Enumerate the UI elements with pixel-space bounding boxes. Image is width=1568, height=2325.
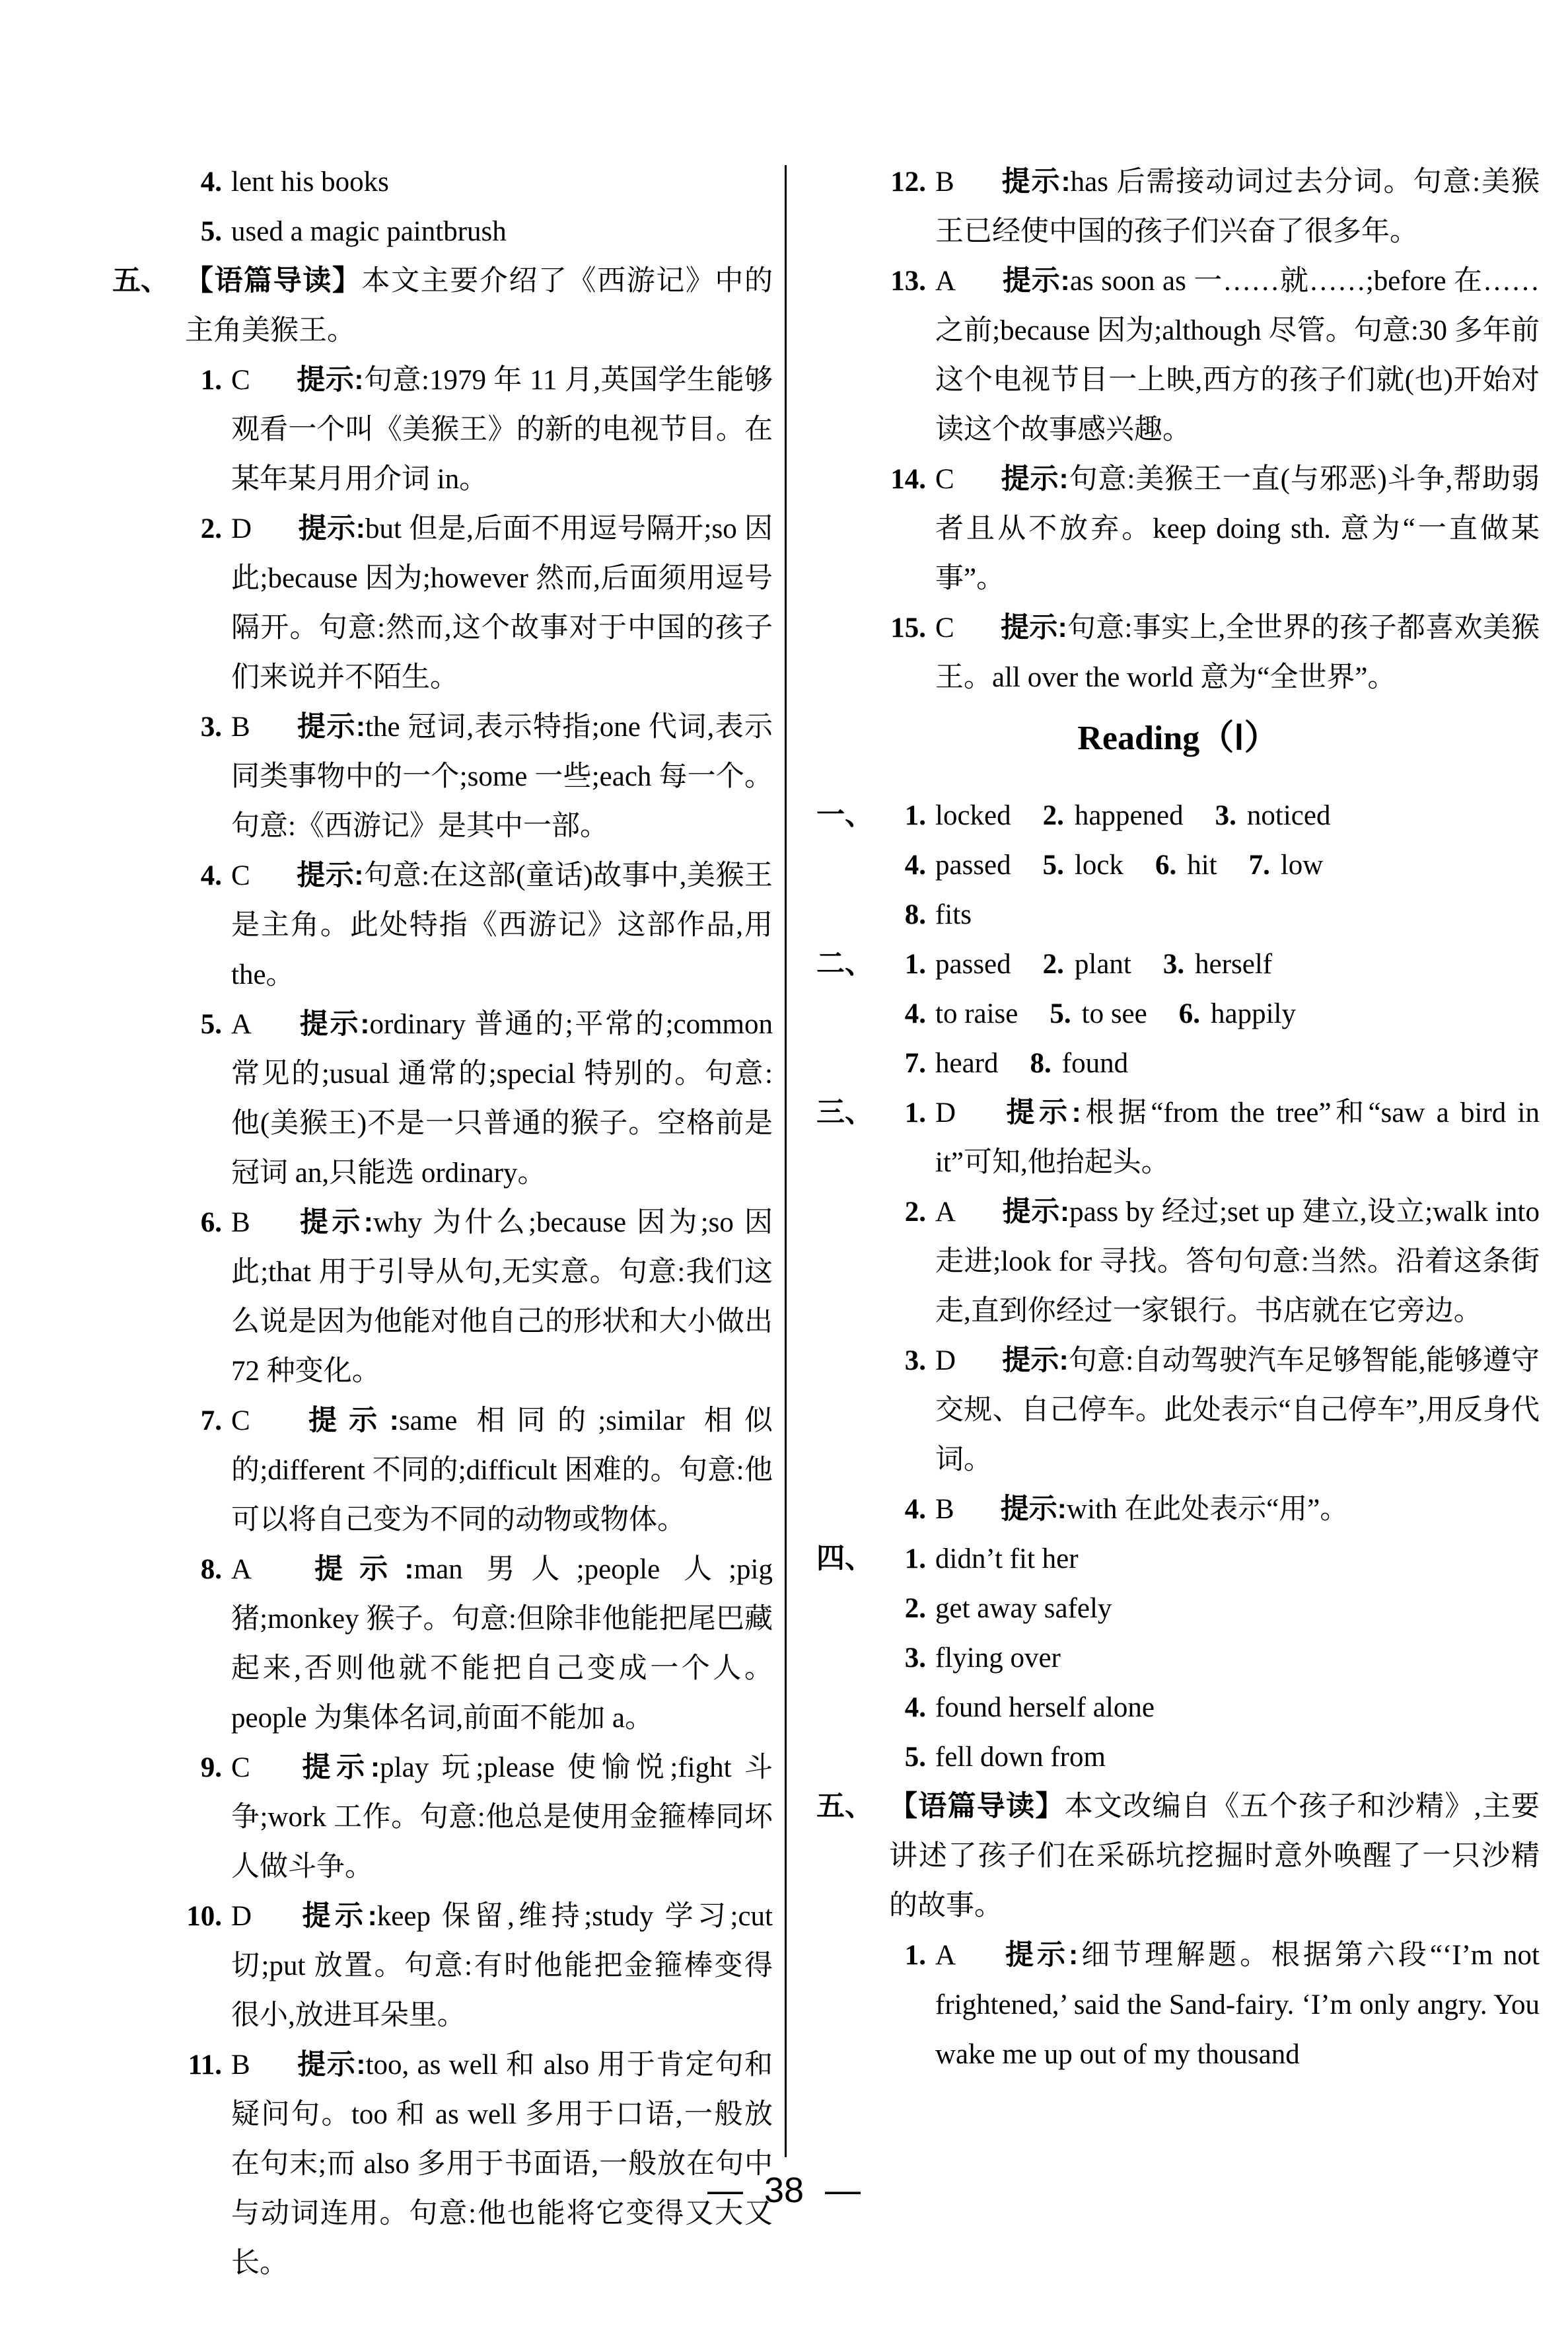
answer-letter: C (231, 365, 250, 396)
answer-text: locked (935, 800, 1011, 831)
item-number: 1. (882, 1088, 926, 1138)
item-number: 2. (882, 1187, 926, 1237)
answer-letter: B (935, 1494, 954, 1525)
answer-letter: D (935, 1345, 956, 1376)
hint-label: 提示: (1002, 1097, 1081, 1128)
hint-label: 提示: (298, 513, 365, 544)
answer-letter: C (935, 464, 954, 495)
inline-number: 3. (1215, 800, 1236, 831)
item-number: 5. (882, 1732, 926, 1782)
answer-text: passed (935, 949, 1011, 980)
answer-item: 8.A提示:man 男人;people 人;pig 猪;monkey 猴子。句意… (231, 1545, 773, 1743)
inline-number: 6. (1179, 998, 1200, 1029)
answer-item: 4.C提示:句意:在这部(童话)故事中,美猴王是主角。此处特指《西游记》这部作品… (231, 851, 773, 1000)
answer-item: 13.A提示:as soon as 一……就……;before 在……之前;be… (935, 256, 1540, 455)
hint-label: 提示: (298, 1900, 377, 1932)
hint-label: 提示: (297, 1405, 399, 1436)
item-number: 4. (882, 840, 926, 890)
answers-row: 8.fits (935, 890, 1540, 940)
answer-item: 3.flying over (935, 1633, 1540, 1683)
answer-text: low (1281, 850, 1324, 881)
inline-number: 6. (1155, 850, 1176, 881)
item-text: get away safely (935, 1593, 1112, 1624)
item-text: with 在此处表示“用”。 (1067, 1494, 1348, 1525)
item-number: 7. (178, 1396, 222, 1446)
item-number: 6. (178, 1198, 222, 1247)
item-number: 4. (882, 1485, 926, 1534)
hint-label: 提示: (1001, 612, 1067, 644)
answers-row: 二、1.passed2.plant3.herself (935, 940, 1540, 989)
answer-letter: A (231, 1554, 252, 1585)
inline-number: 8. (1030, 1048, 1051, 1079)
answer-text: herself (1195, 949, 1272, 980)
item-number: 13. (882, 256, 926, 306)
answer-text: heard (935, 1048, 999, 1079)
answer-item: 5.fell down from (935, 1732, 1540, 1782)
section-marker: 一、 (816, 791, 873, 840)
item-text: too, as well 和 also 用于肯定句和疑问句。too 和 as w… (231, 2049, 773, 2279)
inline-number: 7. (1249, 850, 1270, 881)
hint-label: 提示: (298, 1008, 369, 1040)
answer-item: 4.found herself alone (935, 1683, 1540, 1732)
answer-item: 1.C提示:句意:1979 年 11 月,英国学生能够观看一个叫《美猴王》的新的… (231, 355, 773, 504)
guide-label: 【语篇导读】 (889, 1790, 1065, 1822)
answer-item: 9.C提示:play 玩;please 使愉悦;fight 斗争;work 工作… (231, 1743, 773, 1892)
section-marker: 五、 (112, 256, 169, 306)
answer-letter: B (935, 166, 954, 198)
section-marker: 四、 (816, 1534, 873, 1584)
answer-text: happily (1211, 998, 1296, 1029)
answer-text: to see (1082, 998, 1147, 1029)
answer-text: hit (1187, 850, 1217, 881)
hint-label: 提示: (1002, 1939, 1078, 1971)
answer-item: 10.D提示:keep 保留,维持;study 学习;cut 切;put 放置。… (231, 1892, 773, 2040)
item-number: 1. (882, 1931, 926, 1980)
hint-label: 提示: (298, 1553, 414, 1585)
answer-text: lock (1075, 850, 1123, 881)
answer-item: 5.used a magic paintbrush (231, 207, 773, 256)
item-number: 1. (882, 1534, 926, 1584)
inline-number: 5. (1043, 850, 1064, 881)
item-number: 5. (178, 207, 222, 256)
item-number: 4. (178, 157, 222, 207)
answer-item: 1.A提示:细节理解题。根据第六段“‘I’m not frightened,’ … (935, 1931, 1540, 2079)
item-number: 8. (882, 890, 926, 940)
item-number: 14. (882, 455, 926, 504)
hint-label: 提示: (297, 860, 364, 891)
hint-label: 提示: (1002, 1196, 1069, 1228)
item-number: 2. (882, 1584, 926, 1633)
item-text: found herself alone (935, 1692, 1155, 1723)
item-number: 9. (178, 1743, 222, 1792)
item-number: 1. (178, 355, 222, 405)
hint-label: 提示: (297, 711, 365, 743)
hint-label: 提示: (1002, 265, 1070, 297)
page-number: 38 (764, 2170, 804, 2211)
item-text: used a magic paintbrush (231, 216, 507, 247)
item-number: 4. (882, 989, 926, 1039)
item-text: fell down from (935, 1742, 1106, 1773)
answer-letter: A (935, 1197, 956, 1228)
answer-text: fits (935, 899, 972, 930)
answer-text: found (1062, 1048, 1128, 1079)
item-number: 1. (882, 791, 926, 840)
answer-text: plant (1075, 949, 1131, 980)
answer-item: 2.A提示:pass by 经过;set up 建立,设立;walk into … (935, 1187, 1540, 1336)
hint-label: 提示: (1002, 1345, 1069, 1376)
answer-item: 12.B提示:has 后需接动词过去分词。句意:美猴王已经使中国的孩子们兴奋了很… (935, 157, 1540, 256)
inline-number: 2. (1043, 949, 1064, 980)
page-footer: — 38 — (0, 2170, 1568, 2211)
item-number: 3. (178, 702, 222, 752)
answer-key-page: 4.lent his books5.used a magic paintbrus… (0, 0, 1568, 2325)
inline-number: 3. (1163, 949, 1184, 980)
answer-item: 11.B提示:too, as well 和 also 用于肯定句和疑问句。too… (231, 2040, 773, 2288)
answer-letter: C (231, 860, 250, 891)
column-divider (785, 165, 787, 2157)
item-number: 10. (178, 1892, 222, 1941)
item-number: 12. (882, 157, 926, 207)
hint-label: 提示: (297, 364, 364, 396)
item-number: 5. (178, 1000, 222, 1049)
hint-label: 提示: (1001, 1493, 1067, 1525)
answer-letter: B (231, 1207, 250, 1238)
guide-item: 五、【语篇导读】本文主要介绍了《西游记》中的主角美猴王。 (185, 256, 773, 355)
item-number: 2. (178, 504, 222, 554)
answers-row: 4.passed5.lock6.hit7.low (935, 840, 1540, 890)
answer-letter: D (935, 1097, 956, 1128)
guide-item: 五、【语篇导读】本文改编自《五个孩子和沙精》,主要讲述了孩子们在采砾坑挖掘时意外… (889, 1782, 1540, 1931)
answer-item: 3.B提示:the 冠词,表示特指;one 代词,表示同类事物中的一个;some… (231, 702, 773, 851)
answer-letter: C (231, 1752, 250, 1783)
answer-letter: B (231, 2049, 250, 2081)
answer-item: 2.D提示:but 但是,后面不用逗号隔开;so 因此;because 因为;h… (231, 504, 773, 702)
left-column: 4.lent his books5.used a magic paintbrus… (112, 157, 773, 2288)
answer-letter: D (231, 1901, 252, 1932)
answer-item: 四、1.didn’t fit her (935, 1534, 1540, 1584)
answer-text: passed (935, 850, 1011, 881)
item-number: 1. (882, 940, 926, 989)
inline-number: 5. (1050, 998, 1071, 1029)
answers-row: 7.heard8.found (935, 1039, 1540, 1088)
hint-label: 提示: (297, 1752, 380, 1783)
item-number: 7. (882, 1039, 926, 1088)
section-marker: 三、 (816, 1088, 873, 1138)
hint-label: 提示: (297, 1206, 373, 1238)
answer-letter: A (935, 1940, 956, 1971)
right-column: 12.B提示:has 后需接动词过去分词。句意:美猴王已经使中国的孩子们兴奋了很… (816, 157, 1540, 2079)
section-marker: 二、 (816, 940, 873, 989)
answer-item: 4.lent his books (231, 157, 773, 207)
answers-row: 4.to raise5.to see6.happily (935, 989, 1540, 1039)
item-number: 3. (882, 1336, 926, 1385)
item-number: 4. (882, 1683, 926, 1732)
answer-text: to raise (935, 998, 1018, 1029)
answer-item: 15.C提示:句意:事实上,全世界的孩子都喜欢美猴王。all over the … (935, 603, 1540, 702)
item-text: didn’t fit her (935, 1543, 1079, 1574)
answer-letter: D (231, 513, 252, 544)
item-number: 3. (882, 1633, 926, 1683)
answer-item: 14.C提示:句意:美猴王一直(与邪恶)斗争,帮助弱者且从不放弃。keep do… (935, 455, 1540, 603)
answer-letter: C (935, 612, 954, 644)
item-number: 15. (882, 603, 926, 653)
section-heading: Reading（Ⅰ） (816, 712, 1540, 766)
answer-item: 2.get away safely (935, 1584, 1540, 1633)
answer-item: 4.B提示:with 在此处表示“用”。 (935, 1485, 1540, 1534)
item-text: flying over (935, 1642, 1061, 1674)
item-text: lent his books (231, 166, 389, 198)
answer-letter: C (231, 1405, 250, 1436)
hint-label: 提示: (1001, 463, 1069, 495)
hint-label: 提示: (297, 2049, 366, 2081)
item-number: 4. (178, 851, 222, 901)
inline-number: 2. (1043, 800, 1064, 831)
item-number: 8. (178, 1545, 222, 1594)
answers-row: 一、1.locked2.happened3.noticed (935, 791, 1540, 840)
answer-text: noticed (1247, 800, 1331, 831)
answer-item: 6.B提示:why 为什么;because 因为;so 因此;that 用于引导… (231, 1198, 773, 1396)
answer-letter: A (231, 1009, 252, 1040)
item-number: 11. (178, 2040, 222, 2090)
answer-item: 三、1.D提示:根据“from the tree”和“saw a bird in… (935, 1088, 1540, 1187)
answer-item: 7.C提示:same 相同的;similar 相似的;different 不同的… (231, 1396, 773, 1545)
hint-label: 提示: (1001, 166, 1071, 198)
section-marker: 五、 (816, 1782, 873, 1831)
answer-letter: A (935, 266, 956, 297)
guide-label: 【语篇导读】 (185, 265, 361, 297)
answer-item: 5.A提示:ordinary 普通的;平常的;common 常见的;usual … (231, 1000, 773, 1198)
answer-item: 3.D提示:句意:自动驾驶汽车足够智能,能够遵守交规、自己停车。此处表示“自己停… (935, 1336, 1540, 1485)
answer-text: happened (1075, 800, 1184, 831)
footer-dash-left: — (707, 2170, 743, 2211)
answer-letter: B (231, 712, 250, 743)
footer-dash-right: — (825, 2170, 861, 2211)
